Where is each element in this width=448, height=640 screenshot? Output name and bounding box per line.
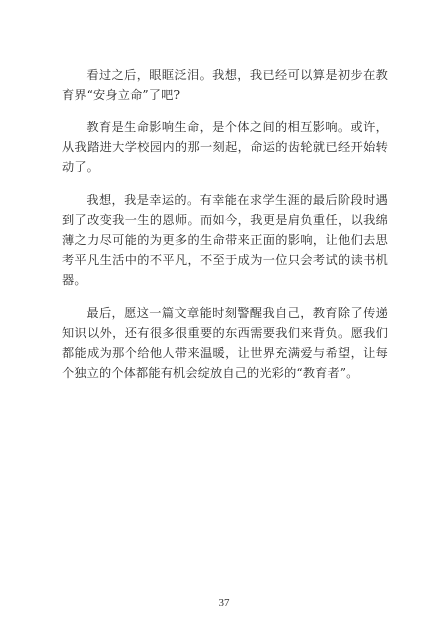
paragraph-4: 最后，愿这一篇文章能时刻警醒我自己，教育除了传递知识以外，还有很多很重要的东西需… — [62, 303, 388, 383]
paragraph-3: 我想，我是幸运的。有幸能在求学生涯的最后阶段时遇到了改变我一生的恩师。而如今，我… — [62, 190, 388, 290]
document-page: 看过之后，眼眶泛泪。我想，我已经可以算是初步在教育界“安身立命”了吧? 教育是生… — [0, 0, 448, 640]
paragraph-1: 看过之后，眼眶泛泪。我想，我已经可以算是初步在教育界“安身立命”了吧? — [62, 65, 388, 105]
page-number: 37 — [0, 597, 448, 609]
body-text: 看过之后，眼眶泛泪。我想，我已经可以算是初步在教育界“安身立命”了吧? 教育是生… — [62, 65, 388, 396]
paragraph-2: 教育是生命影响生命，是个体之间的相互影响。或许，从我踏进大学校园内的那一刻起，命… — [62, 117, 388, 177]
